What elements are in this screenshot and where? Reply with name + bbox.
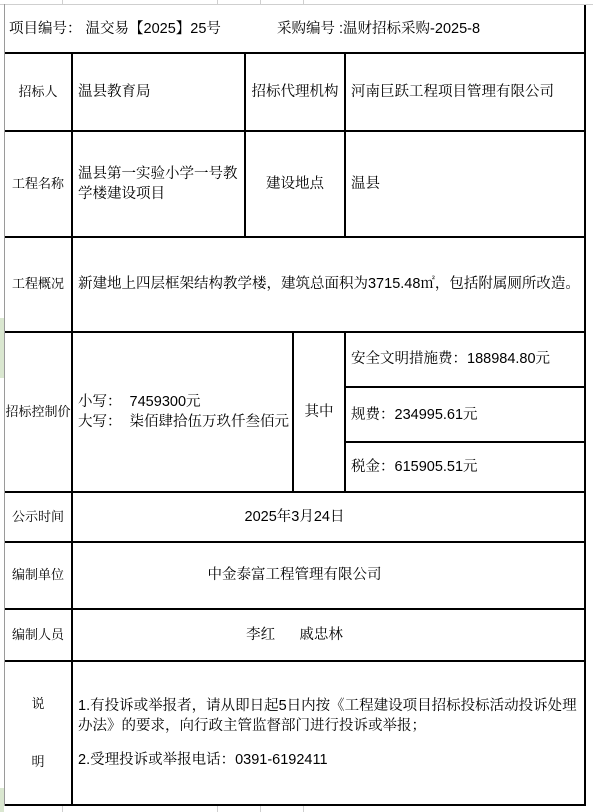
procurement-number: 采购编号 :温财招标采购-2025-8 (277, 19, 480, 39)
notes-item-2: 2.受理投诉或举报电话：0391-6192411 (78, 750, 328, 770)
grid-line (217, 0, 218, 5)
grid-line (62, 0, 63, 5)
grid-line (62, 806, 63, 812)
location-label: 建设地点 (246, 131, 344, 236)
publicity-date-value: 2025年3月24日 (5, 492, 584, 541)
spreadsheet-document: 项目编号： 温交易【2025】25号 采购编号 :温财招标采购-2025-8 招… (0, 0, 593, 812)
grid-line (217, 806, 218, 812)
grid-line (303, 0, 304, 5)
grid-line-top (0, 4, 593, 5)
table-border-bottom (5, 804, 586, 806)
agency-value: 河南巨跃工程项目管理有限公司 (346, 53, 593, 130)
project-name-label: 工程名称 (5, 131, 71, 236)
project-number: 项目编号： 温交易【2025】25号 (9, 19, 221, 39)
location-value: 温县 (346, 131, 593, 236)
notes-label-char1: 说 (31, 694, 44, 714)
project-name-value: 温县第一实验小学一号教学楼建设项目 (73, 131, 260, 236)
control-price-uppercase: 大写： 柒佰肆拾伍万玖仟叁佰元 (78, 412, 289, 432)
grid-line (303, 806, 304, 812)
fee-tax: 税金：615905.51元 (346, 443, 593, 491)
grid-line (260, 806, 261, 812)
control-price-label: 招标控制价 (5, 332, 71, 491)
bidder-label: 招标人 (5, 53, 71, 130)
control-price-lowercase: 小写： 7459300元 (78, 392, 201, 412)
notes-label-char2: 明 (31, 752, 44, 772)
grid-line (260, 0, 261, 5)
prepared-org-value: 中金泰富工程管理有限公司 (5, 542, 584, 608)
notes-label: 说 明 (5, 661, 71, 804)
bidder-value: 温县教育局 (73, 53, 260, 130)
overview-label: 工程概况 (5, 237, 71, 331)
notes-item-1: 1.有投诉或举报者，请从即日起5日内按《工程建设项目招标投标活动投诉处理办法》的… (78, 696, 589, 736)
among-label: 其中 (294, 332, 344, 491)
prepared-staff-value: 李红 戚忠林 (5, 609, 584, 660)
overview-value: 新建地上四层框架结构教学楼，建筑总面积为3715.48㎡，包括附属厕所改造。 (73, 237, 593, 331)
fee-regulation: 规费：234995.61元 (346, 388, 593, 441)
agency-label: 招标代理机构 (246, 53, 344, 130)
fee-safety: 安全文明措施费：188984.80元 (346, 332, 593, 386)
